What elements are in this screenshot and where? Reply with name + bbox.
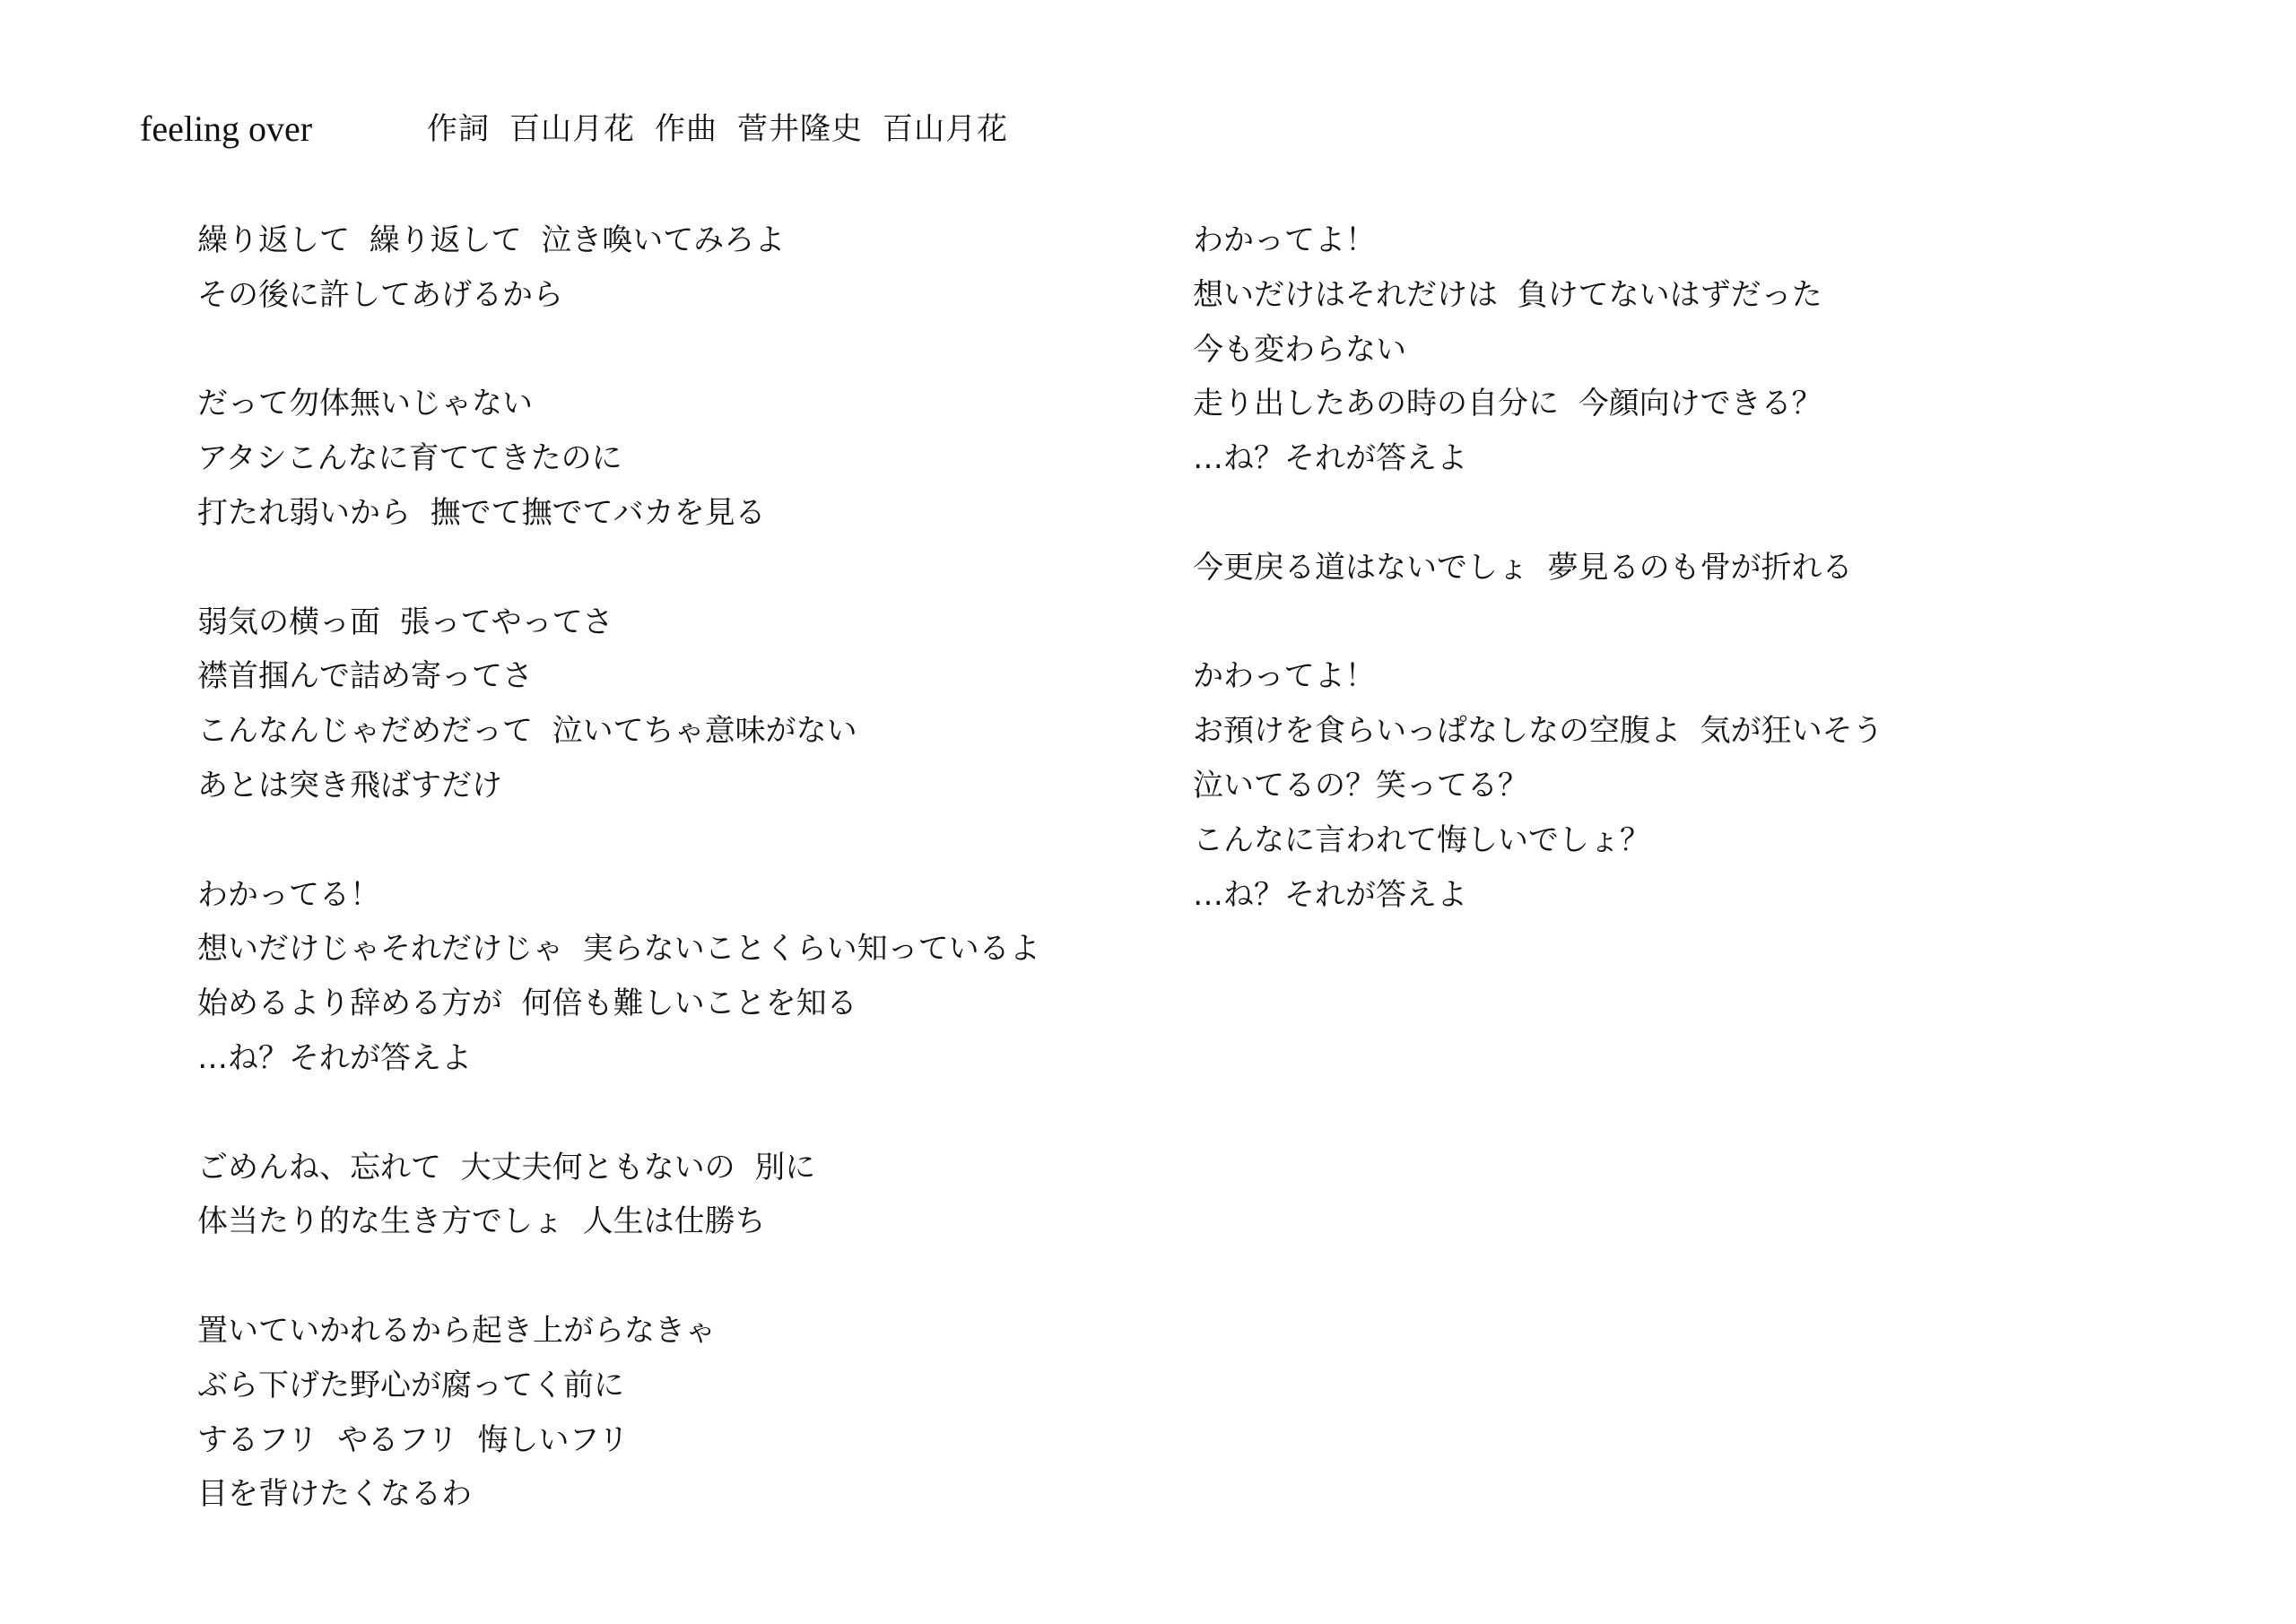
lyric-line: お預けを食らいっぱなしなの空腹よ 気が狂いそう [1193, 709, 2179, 764]
lyric-line: ごめんね、忘れて 大丈夫何ともないの 別に [197, 1146, 1139, 1201]
lyric-line: だって勿体無いじゃない [197, 382, 1139, 437]
lyric-line: わかってる！ [197, 873, 1139, 928]
stanza-break [197, 819, 1139, 873]
stanza-break [1193, 601, 2179, 656]
stanza-break [197, 1091, 1139, 1146]
lyric-line: アタシこんなに育ててきたのに [197, 437, 1139, 491]
lyric-line: こんなに言われて悔しいでしょ？ [1193, 819, 2179, 873]
lyric-line: あとは突き飛ばすだけ [197, 764, 1139, 819]
lyrics-label: 作詞 [427, 111, 490, 147]
lyric-line: 想いだけはそれだけは 負けてないはずだった [1193, 274, 2179, 328]
lyric-line: その後に許してあげるから [197, 274, 1139, 328]
stanza-break [1193, 491, 2179, 546]
lyric-line: …ね？それが答えよ [1193, 873, 2179, 928]
stanza-break [197, 1255, 1139, 1309]
lyric-line: こんなんじゃだめだって 泣いてちゃ意味がない [197, 709, 1139, 764]
stanza-break [197, 328, 1139, 383]
lyric-line: 泣いてるの？笑ってる？ [1193, 764, 2179, 819]
lyric-line: 体当たり的な生き方でしょ 人生は仕勝ち [197, 1200, 1139, 1255]
lyric-line: 始めるより辞める方が 何倍も難しいことを知る [197, 982, 1139, 1037]
stanza-break [197, 546, 1139, 601]
lyric-line: …ね？それが答えよ [197, 1037, 1139, 1091]
lyric-line: 弱気の横っ面 張ってやってさ [197, 601, 1139, 656]
lyric-line: …ね？それが答えよ [1193, 437, 2179, 491]
lyric-line: 襟首掴んで詰め寄ってさ [197, 655, 1139, 709]
lyricist-name: 百山月花 [509, 111, 635, 147]
lyric-line: 今更戻る道はないでしょ 夢見るのも骨が折れる [1193, 546, 2179, 601]
credits: 作詞百山月花作曲菅井隆史百山月花 [427, 109, 1028, 149]
lyric-line: 走り出したあの時の自分に 今顔向けできる？ [1193, 382, 2179, 437]
lyric-line: 今も変わらない [1193, 328, 2179, 383]
lyric-line: わかってよ！ [1193, 219, 2179, 274]
lyric-line: するフリ やるフリ 悔しいフリ [197, 1419, 1139, 1473]
lyric-line: かわってよ！ [1193, 655, 2179, 709]
composer-name-2: 百山月花 [883, 111, 1008, 147]
lyric-line: 目を背けたくなるわ [197, 1472, 1139, 1527]
lyric-line: 想いだけじゃそれだけじゃ 実らないことくらい知っているよ [197, 927, 1139, 982]
composer-label: 作曲 [655, 111, 717, 147]
lyric-line: ぶら下げた野心が腐ってく前に [197, 1364, 1139, 1419]
lyrics-left-column: 繰り返して 繰り返して 泣き喚いてみろよ その後に許してあげるから だって勿体無… [197, 219, 1139, 1527]
lyric-line: 繰り返して 繰り返して 泣き喚いてみろよ [197, 219, 1139, 274]
lyric-line: 置いていかれるから起き上がらなきゃ [197, 1309, 1139, 1364]
lyric-line: 打たれ弱いから 撫でて撫でてバカを見る [197, 491, 1139, 546]
song-title: feeling over [140, 109, 312, 149]
lyrics-right-column: わかってよ！ 想いだけはそれだけは 負けてないはずだった 今も変わらない 走り出… [1193, 219, 2179, 927]
composer-name-1: 菅井隆史 [737, 111, 863, 147]
